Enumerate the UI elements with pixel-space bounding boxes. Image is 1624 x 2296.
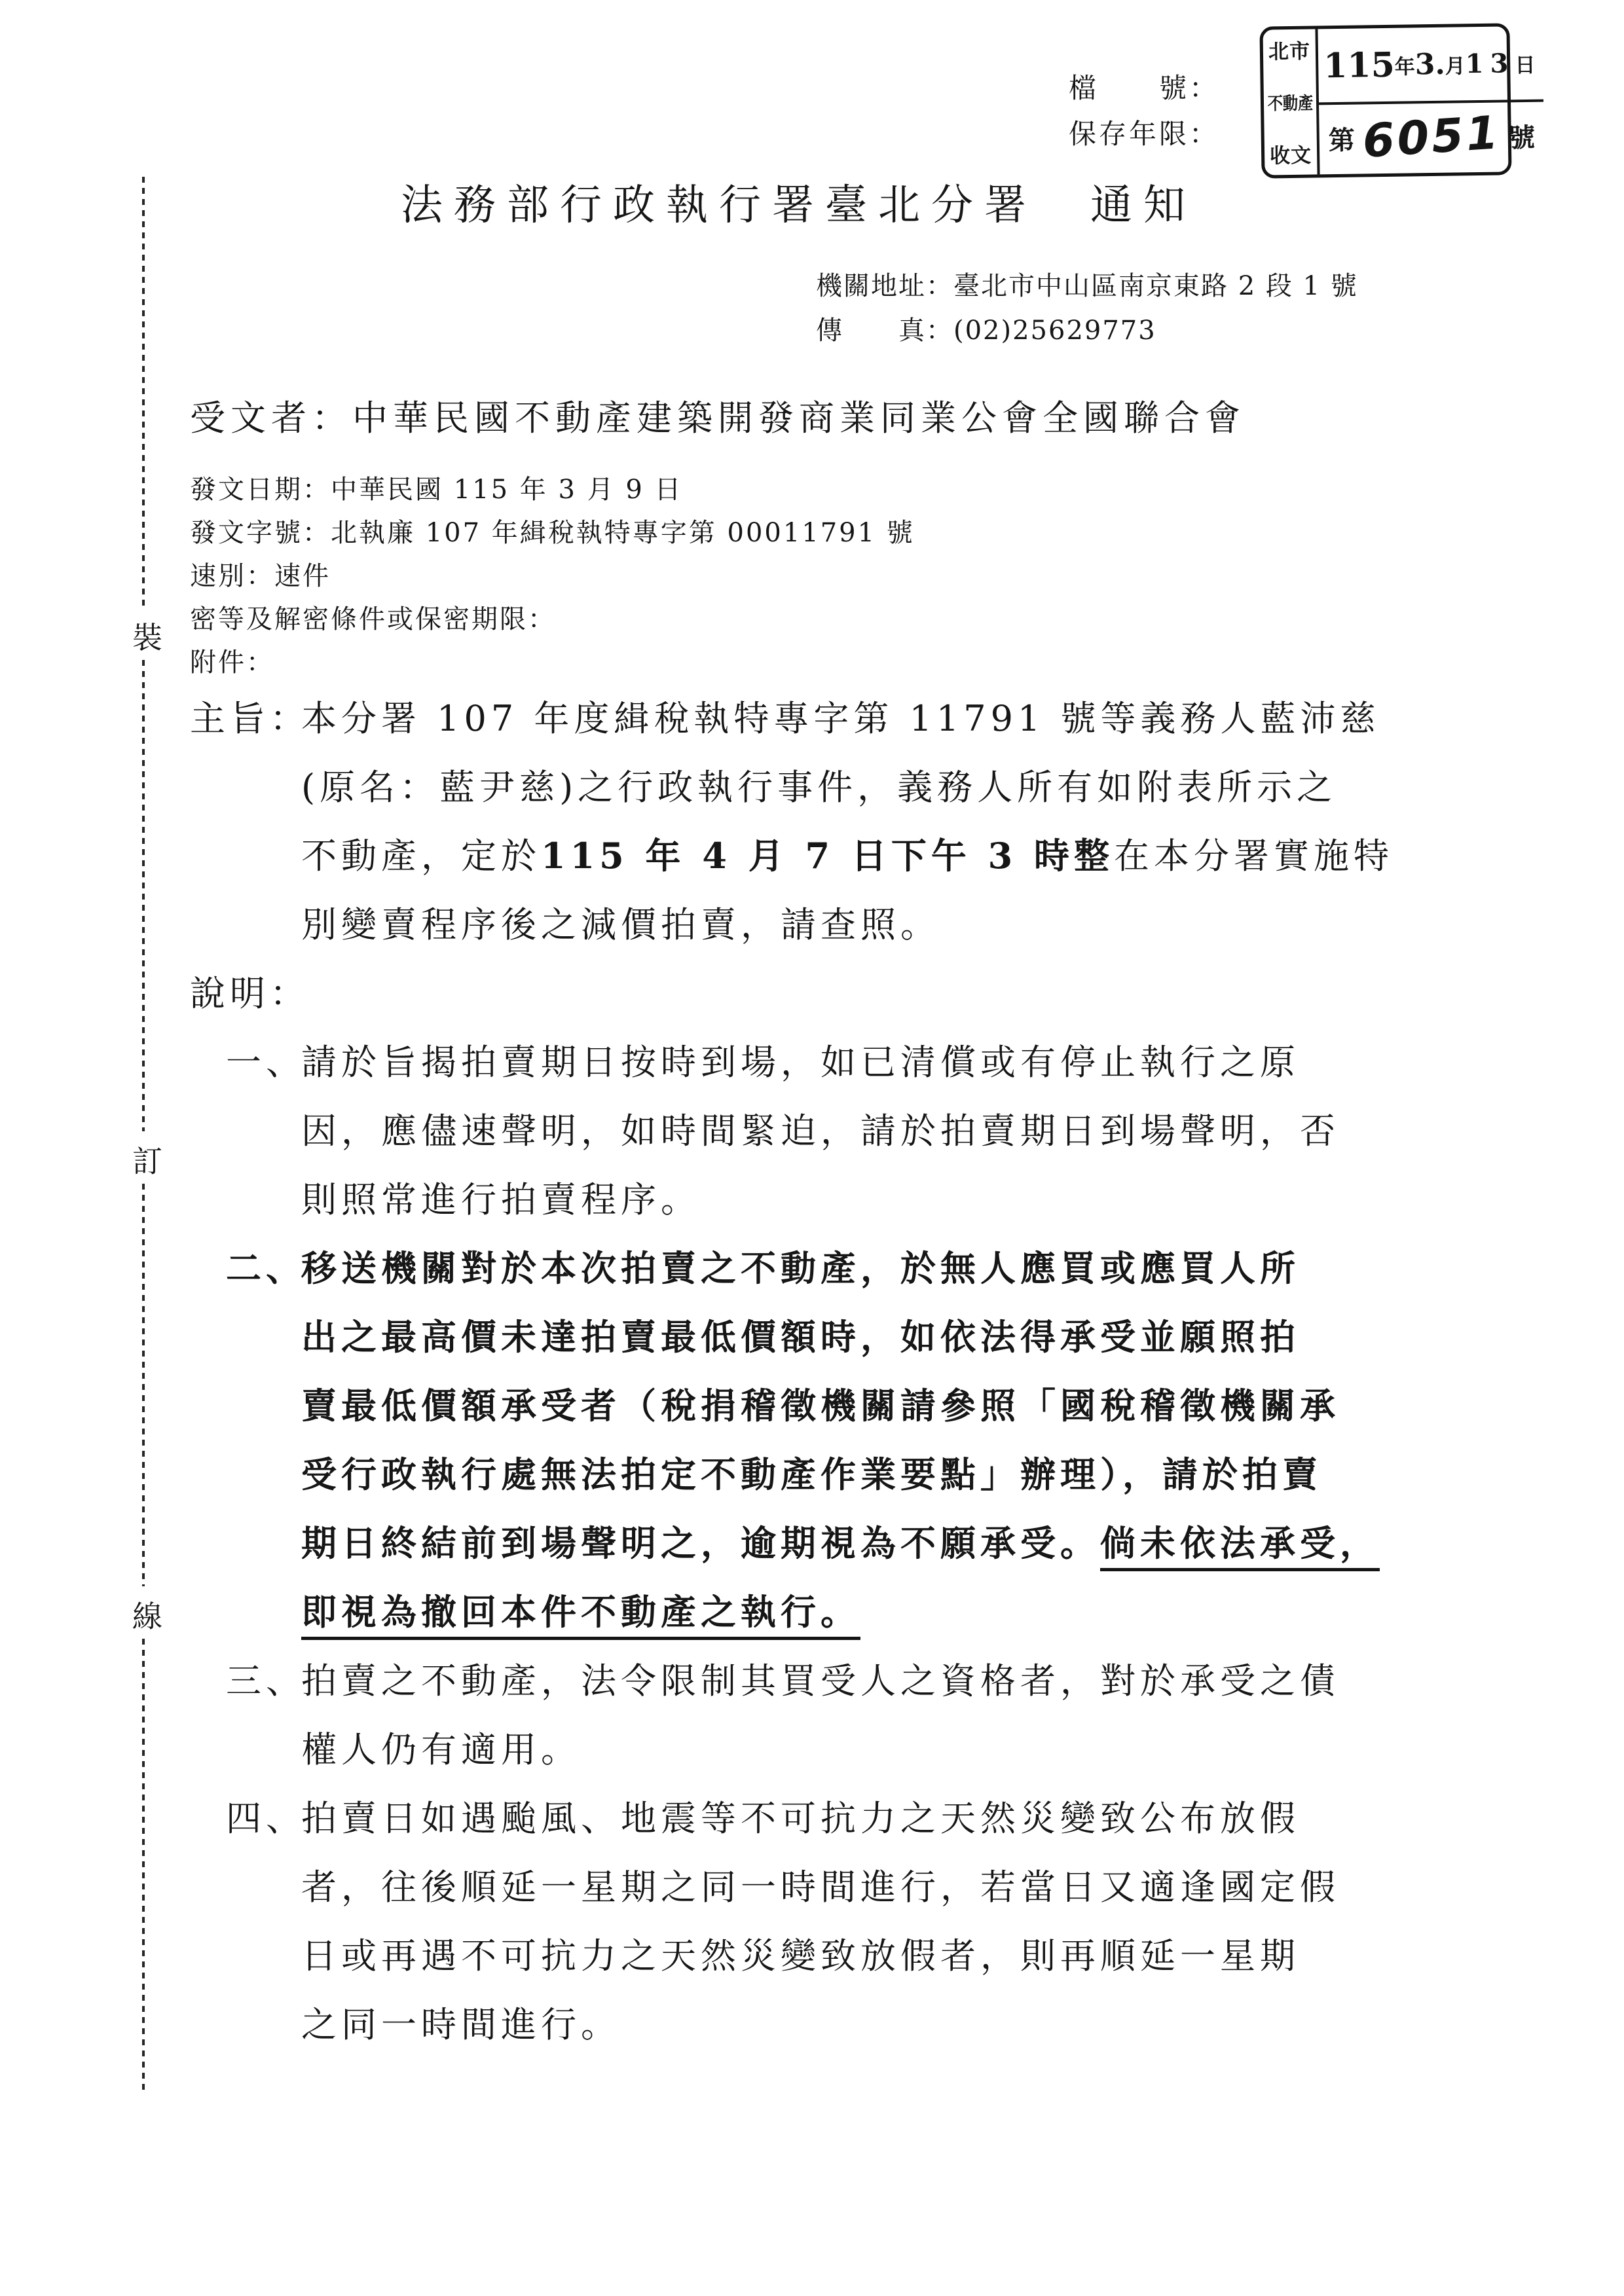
stamp-year: 115 xyxy=(1323,45,1395,86)
binding-mark-xian: 線 xyxy=(132,1593,155,1636)
stamp-org-line1: 北市 xyxy=(1268,35,1311,65)
item-line: 日或再遇不可抗力之天然災變致放假者，則再順延一星期 xyxy=(301,1922,1441,1990)
stamp-number-prefix: 第 xyxy=(1328,119,1355,157)
item-number: 四、 xyxy=(226,1784,306,1853)
meta-block: 發文日期：中華民國 115 年 3 月 9 日 發文字號：北執廉 107 年緝稅… xyxy=(190,468,915,684)
retention-period-label: 保存年限： xyxy=(1069,111,1219,157)
subject-line3-pre: 不動產，定於 xyxy=(301,835,541,877)
stamp-day-unit: 日 xyxy=(1515,48,1536,77)
explanation-item-2: 二、 移送機關對於本次拍賣之不動產，於無人應買或應買人所 出之最高價未達拍賣最低… xyxy=(226,1234,1441,1647)
stamp-date-row: 115 年 3. 月 13 日 xyxy=(1318,26,1543,105)
meta-priority: 速別：速件 xyxy=(190,555,915,598)
item-line: 拍賣之不動產，法令限制其買受人之資格者，對於承受之債 xyxy=(301,1647,1441,1715)
item-line: 請於旨揭拍賣期日按時到場，如已清償或有停止執行之原 xyxy=(301,1028,1441,1097)
item-line: 因，應儘速聲明，如時間緊迫，請於拍賣期日到場聲明，否 xyxy=(301,1097,1441,1165)
file-number-block: 檔 號： 保存年限： xyxy=(1069,65,1219,157)
item2-underlined-warning: 倘未依法承受， xyxy=(1100,1522,1380,1571)
subject-paragraph: 主旨： 本分署 107 年度緝稅執特專字第 11791 號等義務人藍沛慈 (原名… xyxy=(190,684,1441,959)
item-line: 賣最低價額承受者（稅捐稽徵機關請參照「國稅稽徵機關承 xyxy=(301,1372,1441,1440)
subject-line: 不動產，定於115 年 4 月 7 日下午 3 時整在本分署實施特 xyxy=(301,822,1441,890)
receipt-stamp: 北市 不動產 收文 115 年 3. 月 13 日 第 6051 號 xyxy=(1259,23,1511,178)
document-body: 主旨： 本分署 107 年度緝稅執特專字第 11791 號等義務人藍沛慈 (原名… xyxy=(190,684,1441,2059)
item-line: 拍賣日如遇颱風、地震等不可抗力之天然災變致公布放假 xyxy=(301,1784,1441,1853)
item2-line5-pre: 期日終結前到場聲明之，逾期視為不願承受。 xyxy=(301,1522,1100,1564)
agency-info-block: 機關地址：臺北市中山區南京東路 2 段 1 號 傳 真：(02)25629773 xyxy=(816,264,1358,353)
document-title: 法務部行政執行署臺北分署 通知 xyxy=(401,172,1196,232)
stamp-right-column: 115 年 3. 月 13 日 第 6051 號 xyxy=(1318,26,1544,175)
subject-line: (原名：藍尹慈)之行政執行事件，義務人所有如附表所示之 xyxy=(301,753,1441,822)
binding-dotted-line xyxy=(142,177,145,606)
subject-auction-datetime: 115 年 4 月 7 日下午 3 時整 xyxy=(541,835,1114,877)
agency-fax-line: 傳 真：(02)25629773 xyxy=(816,308,1358,353)
item-number: 二、 xyxy=(226,1234,306,1303)
binding-mark-ding: 訂 xyxy=(132,1138,155,1181)
explanation-label: 說明： xyxy=(190,959,1441,1028)
item-line: 移送機關對於本次拍賣之不動產，於無人應買或應買人所 xyxy=(301,1234,1441,1303)
binding-dotted-line xyxy=(142,1639,145,2094)
meta-doc-number: 發文字號：北執廉 107 年緝稅執特專字第 00011791 號 xyxy=(190,511,915,555)
stamp-month-unit: 月 xyxy=(1445,49,1466,79)
item-line: 期日終結前到場聲明之，逾期視為不願承受。倘未依法承受， xyxy=(301,1509,1441,1578)
binding-margin: 裝 訂 線 xyxy=(132,177,155,2095)
item-line: 則照常進行拍賣程序。 xyxy=(301,1165,1441,1234)
item-line: 之同一時間進行。 xyxy=(301,1990,1441,2059)
item-line: 受行政執行處無法拍定不動產作業要點」辦理），請於拍賣 xyxy=(301,1440,1441,1509)
subject-line: 本分署 107 年度緝稅執特專字第 11791 號等義務人藍沛慈 xyxy=(301,684,1441,753)
stamp-number-suffix: 號 xyxy=(1509,117,1536,155)
meta-attachment: 附件： xyxy=(190,641,915,684)
stamp-org-column: 北市 不動產 收文 xyxy=(1263,29,1319,175)
stamp-org-line2: 不動產 xyxy=(1267,88,1313,115)
scanned-notice-page: 檔 號： 保存年限： 北市 不動產 收文 115 年 3. 月 13 日 第 6… xyxy=(0,0,1624,2296)
binding-dotted-line xyxy=(142,660,145,1131)
binding-mark-zhuang: 裝 xyxy=(132,614,155,657)
subject-label: 主旨： xyxy=(190,684,310,753)
stamp-number-row: 第 6051 號 xyxy=(1319,102,1545,175)
stamp-year-unit: 年 xyxy=(1394,50,1415,79)
item2-underlined-warning: 即視為撤回本件不動產之執行。 xyxy=(301,1591,860,1640)
stamp-number-handwritten: 6051 xyxy=(1361,105,1502,168)
stamp-month: 3. xyxy=(1414,47,1445,81)
explanation-item-1: 一、 請於旨揭拍賣期日按時到場，如已清償或有停止執行之原 因，應儘速聲明，如時間… xyxy=(226,1028,1441,1234)
item-line: 權人仍有適用。 xyxy=(301,1715,1441,1784)
explanation-item-4: 四、 拍賣日如遇颱風、地震等不可抗力之天然災變致公布放假 者，往後順延一星期之同… xyxy=(226,1784,1441,2059)
item-line: 者，往後順延一星期之同一時間進行，若當日又適逢國定假 xyxy=(301,1853,1441,1922)
item-number: 一、 xyxy=(226,1028,306,1097)
item-line: 即視為撤回本件不動產之執行。 xyxy=(301,1578,1441,1647)
item-number: 三、 xyxy=(226,1647,306,1715)
explanation-item-3: 三、 拍賣之不動產，法令限制其買受人之資格者，對於承受之債 權人仍有適用。 xyxy=(226,1647,1441,1784)
meta-classification: 密等及解密條件或保密期限： xyxy=(190,598,915,641)
subject-line: 別變賣程序後之減價拍賣，請查照。 xyxy=(301,890,1441,959)
meta-issue-date: 發文日期：中華民國 115 年 3 月 9 日 xyxy=(190,468,915,511)
binding-dotted-line xyxy=(142,1184,145,1586)
subject-line3-post: 在本分署實施特 xyxy=(1114,835,1393,877)
stamp-day: 13 xyxy=(1465,48,1515,79)
item-line: 出之最高價未達拍賣最低價額時，如依法得承受並願照拍 xyxy=(301,1303,1441,1372)
stamp-org-line3: 收文 xyxy=(1270,139,1312,169)
agency-address-line: 機關地址：臺北市中山區南京東路 2 段 1 號 xyxy=(816,264,1358,308)
file-number-label: 檔 號： xyxy=(1069,65,1219,111)
recipient-line: 受文者：中華民國不動產建築開發商業同業公會全國聯合會 xyxy=(190,390,1246,441)
